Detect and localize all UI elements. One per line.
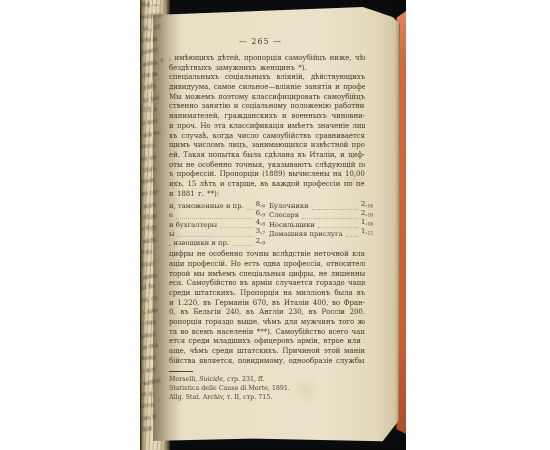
- footnote-line: Morselli, Suicide, стр. 231, ff.: [169, 375, 365, 384]
- row-label: Домашняя прислуга: [269, 230, 343, 239]
- text-line: бійства является, повидимому, однообразі…: [169, 357, 365, 367]
- text-line: спеціальныхъ соціальныхъ вліяній, дѣйств…: [169, 73, 365, 83]
- paragraph-1: , имѣющихъ дѣтей, пропорція самоубійцъ н…: [169, 54, 365, 73]
- text-line: нанимателей, гражданскихъ и военныхъ чин…: [169, 112, 365, 122]
- row-value: 1,12: [361, 227, 373, 239]
- professions-table: и, таможенные и пр. 8,6 е 6,9: [169, 202, 365, 248]
- dot-leader: [176, 218, 253, 219]
- text-fragment: скій: [140, 424, 170, 438]
- text-line: и 1.220, въ Германіи 670, въ Италіи 400,…: [169, 299, 365, 309]
- text-line: аціи профессій. Но есть одна профессія, …: [169, 260, 365, 270]
- paragraph-2: спеціальныхъ соціальныхъ вліяній, дѣйств…: [169, 73, 365, 199]
- table-row: е 6,9: [169, 212, 265, 221]
- text-line: , имѣющихъ дѣтей, пропорція самоубійцъ н…: [169, 54, 365, 64]
- row-label: Слесаря: [269, 211, 299, 220]
- table-row: Носильщики 1,16: [269, 221, 373, 230]
- text-line: щимъ числомъ лицъ, занимающихся извѣстно…: [169, 141, 365, 151]
- text-line: и 1881 г. **):: [169, 190, 365, 200]
- row-value: 2,9: [256, 237, 265, 249]
- text-line: ей. Такая попытка была сдѣлана въ Италіи…: [169, 151, 365, 161]
- curled-text-fragments: надпор. М,, дл для ж ранет ника, т еди ж…: [141, 12, 171, 442]
- dot-leader: [247, 209, 253, 210]
- table-row: и бухгалтеры 4,8: [169, 221, 265, 230]
- paragraph-3: цифры не особенно точны вслѣдствіе неточ…: [169, 250, 365, 366]
- text-line: хъ случаѣ, когда число самоубійствъ срав…: [169, 132, 365, 142]
- text-line: торой мы имѣемъ спеціальныя цифры, не ли…: [169, 270, 365, 280]
- text-line: ственно занятію и соціальному положенію …: [169, 102, 365, 112]
- table-row: , извощики и пр. 2,9: [169, 239, 265, 248]
- prev-page-number-fragment: 64 —: [142, 1, 159, 9]
- table-column-right: Булочники 2,16 Слесаря 2,10: [269, 202, 373, 248]
- table-row: Домашняя прислуга 1,12: [269, 230, 373, 239]
- text-line: аще, чѣмъ среди штатскихъ. Причиной этой…: [169, 347, 365, 357]
- page-text-block: , имѣющихъ дѣтей, пропорція самоубійцъ н…: [169, 54, 365, 403]
- table-row: Булочники 2,16: [269, 202, 373, 211]
- book-page-265: — 265 — , имѣющихъ дѣтей, пропорція само…: [153, 6, 400, 443]
- table-row: ы 3,7: [169, 230, 265, 239]
- footnote-line: Allg. Stat. Archiv, т. II, стр. 715.: [169, 393, 365, 402]
- row-label: Булочники: [269, 202, 309, 211]
- book-photo: 64 — надпор. М,, дл для ж ранет ника, т …: [140, 0, 406, 450]
- table-column-left: и, таможенные и пр. 8,6 е 6,9: [169, 202, 265, 248]
- dot-leader: [346, 236, 358, 237]
- dot-leader: [318, 227, 358, 228]
- footnote-rule: [169, 371, 193, 372]
- dot-leader: [232, 245, 253, 246]
- dot-leader: [220, 227, 253, 228]
- table-row: и, таможенные и пр. 8,6: [169, 202, 265, 211]
- text-line: та во всемъ населеніи ***). Самоубійство…: [169, 328, 365, 338]
- text-line: еса. Самоубійство въ арміи случается гор…: [169, 279, 365, 289]
- text-line: оты не особенно точныя, указываютъ слѣду…: [169, 161, 365, 171]
- text-line: Мы можемъ поэтому классифицировать самоу…: [169, 93, 365, 103]
- footnotes: Morselli, Suicide, стр. 231, ff. Statist…: [169, 375, 365, 403]
- text-line: ется среди младшихъ офицеровъ арміи, втр…: [169, 337, 365, 347]
- text-line: бездѣтныхъ замужнихъ женщинъ *).: [169, 64, 365, 74]
- table-row: Слесаря 2,10: [269, 212, 373, 221]
- dot-leader: [302, 218, 358, 219]
- row-label: Носильщики: [269, 221, 315, 230]
- row-label: и бухгалтеры: [169, 221, 217, 230]
- dot-leader: [177, 236, 252, 237]
- dot-leader: [312, 209, 358, 210]
- footnote-line: Statistica delle Cause di Morte, 1891.: [169, 384, 365, 393]
- row-label: и, таможенные и пр.: [169, 202, 244, 211]
- text-line: дивидуума, самое сильное—вліяніе занятія…: [169, 83, 365, 93]
- text-line: ъ профессій. Пропорціи (1889) вычислены …: [169, 170, 365, 180]
- text-line: 0, въ Бельгіи 240, въ Англіи 230, въ Рос…: [169, 308, 365, 318]
- text-line: и проч. Но эта классификація имѣетъ знач…: [169, 122, 365, 132]
- product-photo-canvas: 64 — надпор. М,, дл для ж ранет ника, т …: [0, 0, 550, 450]
- text-line: ихъ, 15 лѣтъ и старше, въ каждой професс…: [169, 180, 365, 190]
- text-line: ропорція гораздо выше, чѣмъ для мужчинъ …: [169, 318, 365, 328]
- row-label: , извощики и пр.: [169, 239, 229, 248]
- text-line: цифры не особенно точны вслѣдствіе неточ…: [169, 250, 365, 260]
- page-number: — 265 —: [140, 37, 384, 46]
- text-line: среди штатскихъ. Пропорція на милліонъ б…: [169, 289, 365, 299]
